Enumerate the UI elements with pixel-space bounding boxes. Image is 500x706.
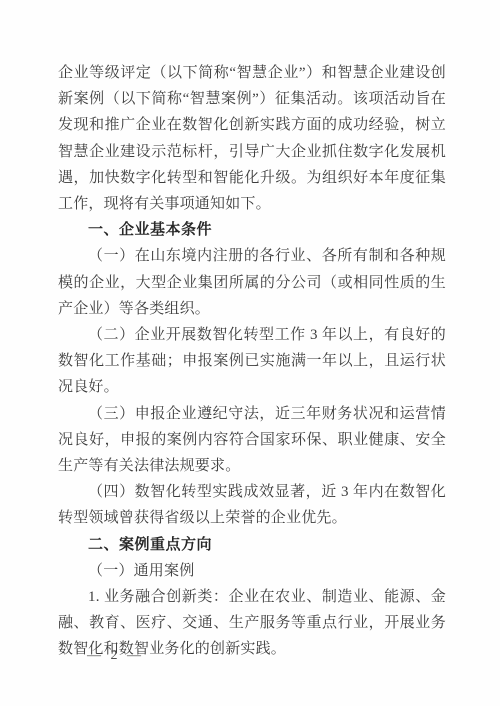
section-heading-case-directions: 二、案例重点方向 [58,532,446,558]
section-heading-basic-conditions: 一、企业基本条件 [58,217,446,243]
paragraph-intro: 企业等级评定（以下简称“智慧企业”）和智慧企业建设创新案例（以下简称“智慧案例”… [58,60,446,217]
paragraph-condition-4: （四）数智化转型实践成效显著，近 3 年内在数智化转型领域曾获得省级以上荣誉的企… [58,479,446,531]
paragraph-condition-2: （二）企业开展数智化转型工作 3 年以上，有良好的数智化工作基础；申报案例已实施… [58,322,446,401]
page-number: — 2 — [87,648,144,664]
document-body: 企业等级评定（以下简称“智慧企业”）和智慧企业建设创新案例（以下简称“智慧案例”… [58,60,446,663]
document-page: 企业等级评定（以下简称“智慧企业”）和智慧企业建设创新案例（以下简称“智慧案例”… [0,0,500,706]
paragraph-condition-1: （一）在山东境内注册的各行业、各所有制和各种规模的企业，大型企业集团所属的分公司… [58,243,446,322]
paragraph-condition-3: （三）申报企业遵纪守法，近三年财务状况和运营情况良好，申报的案例内容符合国家环保… [58,401,446,480]
sub-heading-general-cases: （一）通用案例 [58,558,446,584]
